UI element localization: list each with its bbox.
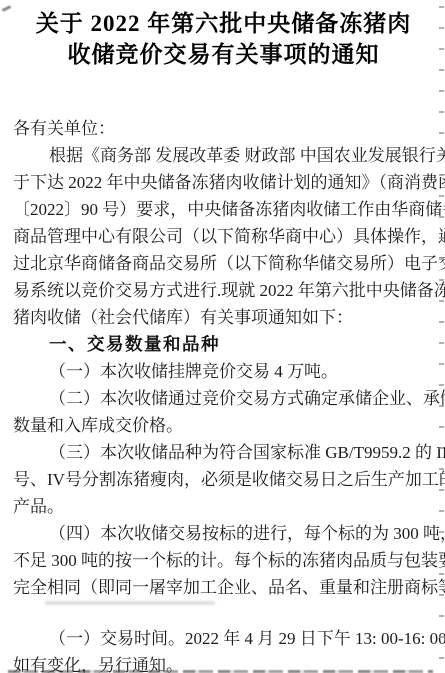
- para-1-line-2: 于下达 2022 年中央储备冻猪肉收储计划的通知》（商消费函: [13, 169, 434, 196]
- scan-artifact-right-ticks: [439, 6, 444, 671]
- para-1-line-6: 易系统以竞价交易方式进行.现就 2022 年第六批中央储备冻: [13, 277, 434, 304]
- para-1-line-7: 猪肉收储（社会代储库）有关事项通知如下：: [13, 304, 434, 331]
- item-2-line-1: （二）本次收储通过竞价交易方式确定承储企业、承储: [13, 385, 434, 412]
- item-4-line-1: （四）本次收储交易按标的进行，每个标的为 300 吨，: [13, 520, 434, 547]
- title-line-1: 关于 2022 年第六批中央储备冻猪肉: [13, 8, 434, 39]
- section-1-heading: 一、交易数量和品种: [13, 331, 434, 358]
- item-4-line-3: 完全相同（即同一屠宰加工企业、品名、重量和注册商标等）。: [13, 574, 434, 601]
- item-3-line-3: 产品。: [13, 493, 434, 520]
- title-line-2: 收储竞价交易有关事项的通知: [13, 39, 434, 70]
- scan-artifact-erased-line: [45, 601, 215, 605]
- salutation: 各有关单位：: [13, 115, 434, 142]
- item-1-line-1: （一）本次收储挂牌竞价交易 4 万吨。: [13, 358, 434, 385]
- item-2-line-2: 数量和入库成交价格。: [13, 412, 434, 439]
- para-1-line-5: 过北京华商储备商品交易所（以下简称华储交易所）电子交: [13, 250, 434, 277]
- item-3-line-1: （三）本次收储品种为符合国家标准 GB/T9959.2 的 II: [13, 439, 434, 466]
- scan-artifact-topleft-mark: [2, 5, 11, 12]
- para-1-line-4: 商品管理中心有限公司（以下简称华商中心）具体操作，通: [13, 223, 434, 250]
- notice-body: 关于 2022 年第六批中央储备冻猪肉收储竞价交易有关事项的通知各有关单位：根据…: [13, 8, 434, 673]
- item-4-line-2: 不足 300 吨的按一个标的计。每个标的冻猪肉品质与包装要: [13, 547, 434, 574]
- time-item-line-1: （一）交易时间。2022 年 4 月 29 日下午 13: 00-16: 00。: [13, 625, 434, 652]
- scanned-notice-page: 关于 2022 年第六批中央储备冻猪肉收储竞价交易有关事项的通知各有关单位：根据…: [0, 0, 445, 673]
- para-1-line-1: 根据《商务部 发展改革委 财政部 中国农业发展银行关: [13, 142, 434, 169]
- item-3-line-2: 号、IV号分割冻猪瘦肉，必须是收储交易日之后生产加工的: [13, 466, 434, 493]
- para-1-line-3: 〔2022〕90 号）要求，中央储备冻猪肉收储工作由华商储备: [13, 196, 434, 223]
